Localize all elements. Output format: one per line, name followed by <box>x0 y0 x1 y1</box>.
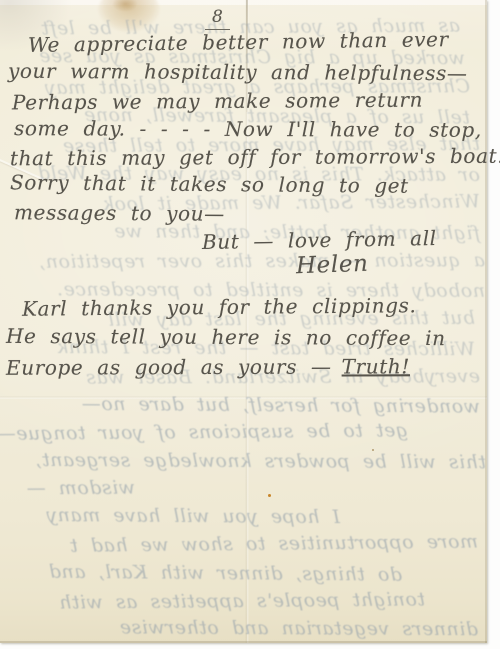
handwriting-line: some day. - - - - Now I'll have to stop, <box>14 116 482 142</box>
paper-speck <box>372 449 374 451</box>
handwriting-line: messages to you— <box>14 200 225 225</box>
closing-line: But — love from all <box>202 226 437 254</box>
postscript-line: He says tell you here is no coffee in <box>6 324 446 350</box>
bleed-through-line: more opportunities to show we had t <box>8 531 478 558</box>
bleed-through-line: get to be suspicions of your tongue— <box>8 419 408 444</box>
handwriting-line: that this may get off for tomorrow's boa… <box>10 144 500 171</box>
bleed-through-line: wisdom — <box>20 477 135 500</box>
postscript-line: Karl thanks you for the clippings. <box>22 293 417 320</box>
emphasized-word: Truth! <box>342 354 410 378</box>
postscript-line-text: Europe as good as yours — <box>6 355 332 380</box>
signature: Helen <box>296 252 369 279</box>
bleed-through-line: I hope you will have many <box>30 504 340 528</box>
paper-edge-right <box>485 0 487 643</box>
bleed-through-line: tonight people's appetites as with <box>55 588 425 613</box>
scan-edge-highlight <box>0 0 487 5</box>
bleed-through-line: dinners vegetarian and otherwise <box>8 616 478 640</box>
bleed-through-line: this will be powders knowledge sergeant, <box>8 449 486 474</box>
paper-speck <box>268 494 271 497</box>
scanner-background: as much as you can there w'll be left wo… <box>0 0 500 649</box>
letter-page: as much as you can there w'll be left wo… <box>0 0 487 643</box>
bleed-through-line: wondering for herself, but dare no— <box>15 392 480 417</box>
handwriting-line: Sorry that it takes so long to get <box>10 170 409 197</box>
handwriting-line: Perhaps we may make some return <box>12 88 423 115</box>
paper-edge-bottom <box>0 641 487 643</box>
page-number-value: 8 <box>205 7 230 30</box>
handwriting-line: your warm hospitality and helpfulness— <box>8 59 468 85</box>
postscript-line: Europe as good as yours —Truth! <box>6 354 410 379</box>
page-number: 8 <box>205 3 230 29</box>
bleed-through-line: do things, dinner with Karl, and <box>12 560 402 585</box>
